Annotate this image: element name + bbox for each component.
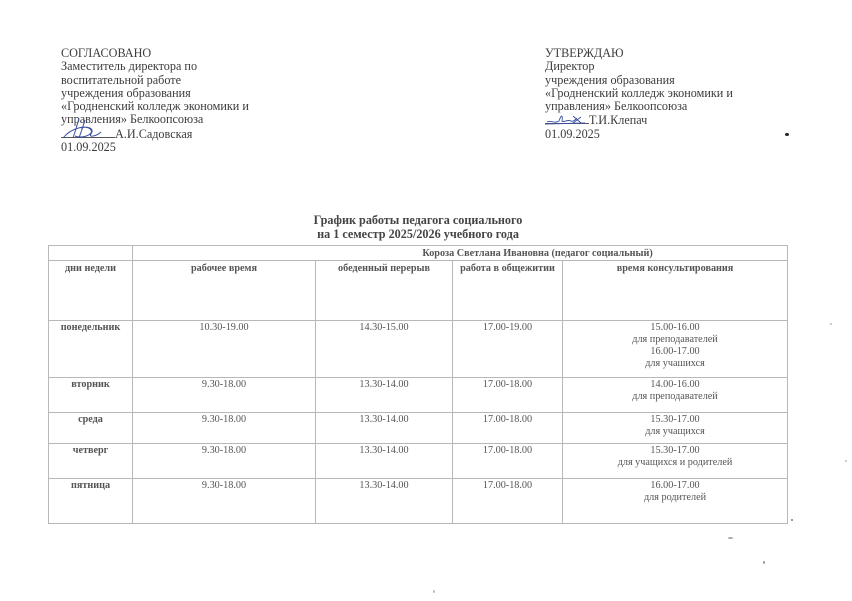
agreed-line: «Гродненский колледж экономики и [61,100,249,113]
table-row: понедельник 10.30-19.00 14.30-15.00 17.0… [49,321,788,378]
signature-icon [61,127,115,138]
approved-date: 01.09.2025 [545,128,733,141]
approved-block: УТВЕРЖДАЮ Директор учреждения образовани… [545,47,733,141]
header-work-time: рабочее время [133,261,316,321]
person-name: Короза Светлана Ивановна (педагог социал… [133,246,788,261]
day-cell: вторник [49,378,133,413]
approved-line: «Гродненский колледж экономики и [545,87,733,100]
approved-line: управления» Белкоопсоюза [545,100,733,113]
dorm-cell: 17.00-18.00 [453,378,563,413]
approved-line: Директор [545,60,733,73]
work-time-cell: 10.30-19.00 [133,321,316,378]
consult-cell: 16.00-17.00 для родителей [563,479,788,524]
header-lunch-break: обеденный перерыв [316,261,453,321]
person-row: Короза Светлана Ивановна (педагог социал… [49,246,788,261]
work-time-cell: 9.30-18.00 [133,413,316,444]
document-subtitle: на 1 семестр 2025/2026 учебного года [0,228,844,241]
consult-time: 15.00-16.00 [563,322,787,334]
dorm-cell: 17.00-18.00 [453,444,563,479]
agreed-block: СОГЛАСОВАНО Заместитель директора по вос… [61,47,249,154]
lunch-cell: 13.30-14.00 [316,413,453,444]
consult-time: 14.00-16.00 [563,379,787,391]
scan-speck [433,590,435,593]
scan-speck [830,323,832,325]
dorm-cell: 17.00-18.00 [453,413,563,444]
consult-audience: для преподавателей [563,334,787,346]
consult-audience: для преподавателей [563,391,787,403]
header-dormitory: работа в общежитии [453,261,563,321]
work-time-cell: 9.30-18.00 [133,479,316,524]
table-row: пятница 9.30-18.00 13.30-14.00 17.00-18.… [49,479,788,524]
consult-cell: 14.00-16.00 для преподавателей [563,378,788,413]
work-time-cell: 9.30-18.00 [133,378,316,413]
day-cell: четверг [49,444,133,479]
consult-audience: для учашихся [563,358,787,370]
day-cell: пятница [49,479,133,524]
consult-audience: для учащихся [563,426,787,438]
consult-cell: 15.00-16.00 для преподавателей 16.00-17.… [563,321,788,378]
day-cell: понедельник [49,321,133,378]
lunch-cell: 13.30-14.00 [316,378,453,413]
schedule-table: Короза Светлана Ивановна (педагог социал… [48,245,788,524]
agreed-line: Заместитель директора по [61,60,249,73]
approved-heading: УТВЕРЖДАЮ [545,47,733,60]
table-row: среда 9.30-18.00 13.30-14.00 17.00-18.00… [49,413,788,444]
document-title: График работы педагога социального [0,214,844,227]
agreed-line: воспитательной работе [61,74,249,87]
consult-cell: 15.30-17.00 для учащихся и родителей [563,444,788,479]
header-row: дни недели рабочее время обеденный перер… [49,261,788,321]
lunch-cell: 14.30-15.00 [316,321,453,378]
lunch-cell: 13.30-14.00 [316,444,453,479]
consult-time: 15.30-17.00 [563,414,787,426]
dorm-cell: 17.00-19.00 [453,321,563,378]
agreed-line: учреждения образования [61,87,249,100]
work-time-cell: 9.30-18.00 [133,444,316,479]
signature-icon [545,113,589,124]
day-cell: среда [49,413,133,444]
approved-signature-line: Т.И.Клепач [545,113,733,127]
dorm-cell: 17.00-18.00 [453,479,563,524]
agreed-date: 01.09.2025 [61,141,249,154]
agreed-heading: СОГЛАСОВАНО [61,47,249,60]
table-row: четверг 9.30-18.00 13.30-14.00 17.00-18.… [49,444,788,479]
consult-cell: 15.30-17.00 для учащихся [563,413,788,444]
scan-speck [845,460,847,462]
agreed-signature-line: А.И.Садовская [61,127,249,141]
scan-speck [791,519,793,521]
consult-time: 16.00-17.00 [563,480,787,492]
consult-audience: для родителей [563,492,787,504]
consult-time: 15.30-17.00 [563,445,787,457]
scan-speck [785,133,789,136]
consult-audience: для учащихся и родителей [563,457,787,469]
table-row: вторник 9.30-18.00 13.30-14.00 17.00-18.… [49,378,788,413]
lunch-cell: 13.30-14.00 [316,479,453,524]
header-day: дни недели [49,261,133,321]
scan-speck [728,537,733,539]
approved-signatory: Т.И.Клепач [589,113,647,127]
agreed-signatory: А.И.Садовская [115,127,192,141]
header-consultation: время консультирования [563,261,788,321]
approved-line: учреждения образования [545,74,733,87]
consult-time: 16.00-17.00 [563,346,787,358]
scan-speck [763,561,765,564]
